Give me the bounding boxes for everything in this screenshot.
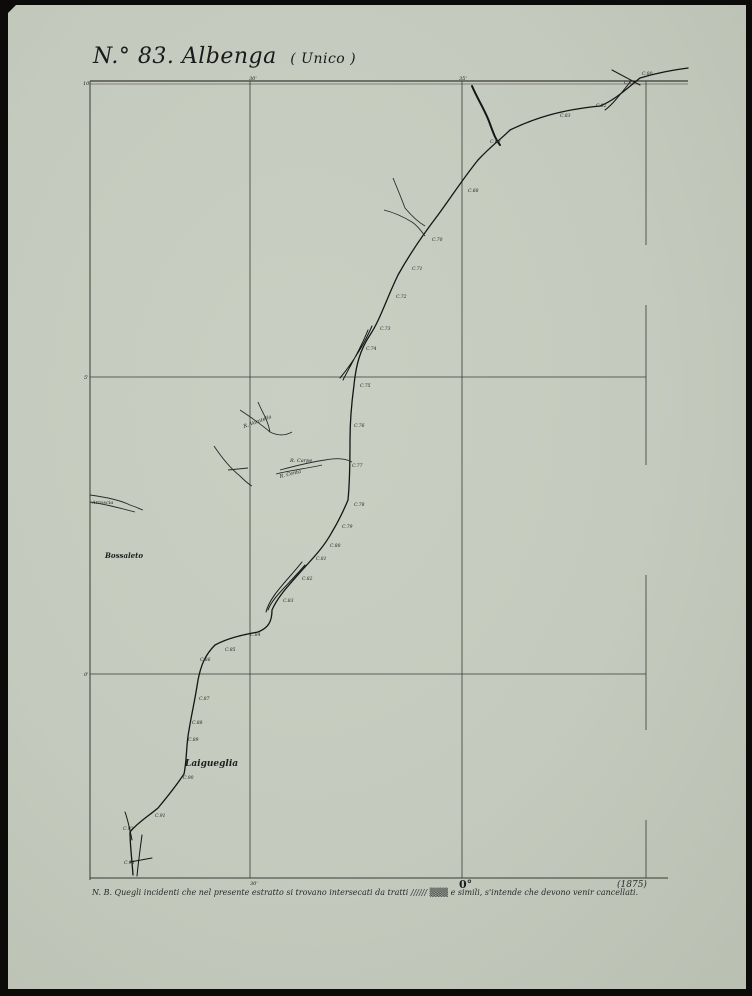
svg-text:C.84: C.84	[250, 632, 261, 638]
svg-text:30': 30'	[249, 76, 257, 82]
svg-text:C.80: C.80	[330, 543, 341, 549]
map-drawing: 10 5' 0' 30' 35' 30' Laigueglia Bossalet…	[0, 0, 752, 996]
svg-text:C.70: C.70	[432, 237, 443, 243]
svg-text:C.80: C.80	[642, 71, 653, 77]
svg-text:C.72: C.72	[396, 294, 407, 300]
svg-text:C.85: C.85	[225, 647, 236, 653]
svg-text:5': 5'	[84, 375, 89, 381]
svg-text:35': 35'	[459, 76, 467, 82]
svg-text:C.73: C.73	[380, 326, 391, 332]
svg-text:C.81: C.81	[624, 80, 634, 86]
place-arroscia: Arroscia	[91, 500, 113, 506]
footnote: N. B. Quegli incidenti che nel presente …	[92, 888, 638, 897]
svg-text:C.77: C.77	[352, 463, 363, 469]
feature-carpe: R. Carpe	[289, 458, 312, 464]
svg-text:C.83: C.83	[283, 598, 294, 604]
rivers	[90, 178, 425, 512]
cable-point-labels: C.80 C.81 C.82 C.83 C.68 C.69 C.70 C.71 …	[123, 71, 653, 866]
grid-tick-labels: 10 5' 0' 30' 35' 30'	[83, 76, 467, 887]
svg-text:C.82: C.82	[596, 103, 607, 109]
feature-centa: R. Centa	[278, 469, 302, 480]
svg-text:C.69: C.69	[490, 139, 501, 145]
svg-text:C.74: C.74	[366, 346, 377, 352]
svg-text:10: 10	[83, 81, 90, 87]
place-labels: Laigueglia Bossaleto Arroscia R. Varatel…	[91, 414, 312, 769]
svg-text:C.68: C.68	[468, 188, 479, 194]
cable-route	[125, 68, 688, 876]
place-bossaleto: Bossaleto	[104, 551, 143, 560]
svg-text:C.71: C.71	[412, 266, 422, 272]
svg-text:C.78: C.78	[354, 502, 365, 508]
svg-text:C.75: C.75	[360, 383, 371, 389]
grid-lines	[90, 81, 688, 880]
svg-text:C.91: C.91	[155, 813, 165, 819]
svg-text:C.90: C.90	[183, 775, 194, 781]
svg-text:C.87: C.87	[199, 696, 210, 702]
svg-text:0': 0'	[84, 672, 89, 678]
svg-text:C.93: C.93	[124, 860, 135, 866]
svg-text:C.88: C.88	[192, 720, 203, 726]
place-laigueglia: Laigueglia	[184, 759, 238, 769]
svg-text:C.92: C.92	[123, 826, 134, 832]
svg-text:C.83: C.83	[560, 113, 571, 119]
svg-text:C.82: C.82	[302, 576, 313, 582]
feature-varatella: R. Varatella	[242, 414, 273, 430]
svg-text:C.86: C.86	[200, 657, 211, 663]
svg-text:30': 30'	[250, 881, 258, 887]
svg-text:C.81: C.81	[316, 556, 326, 562]
svg-text:C.76: C.76	[354, 423, 365, 429]
svg-text:C.79: C.79	[342, 524, 353, 530]
svg-text:C.89: C.89	[188, 737, 199, 743]
